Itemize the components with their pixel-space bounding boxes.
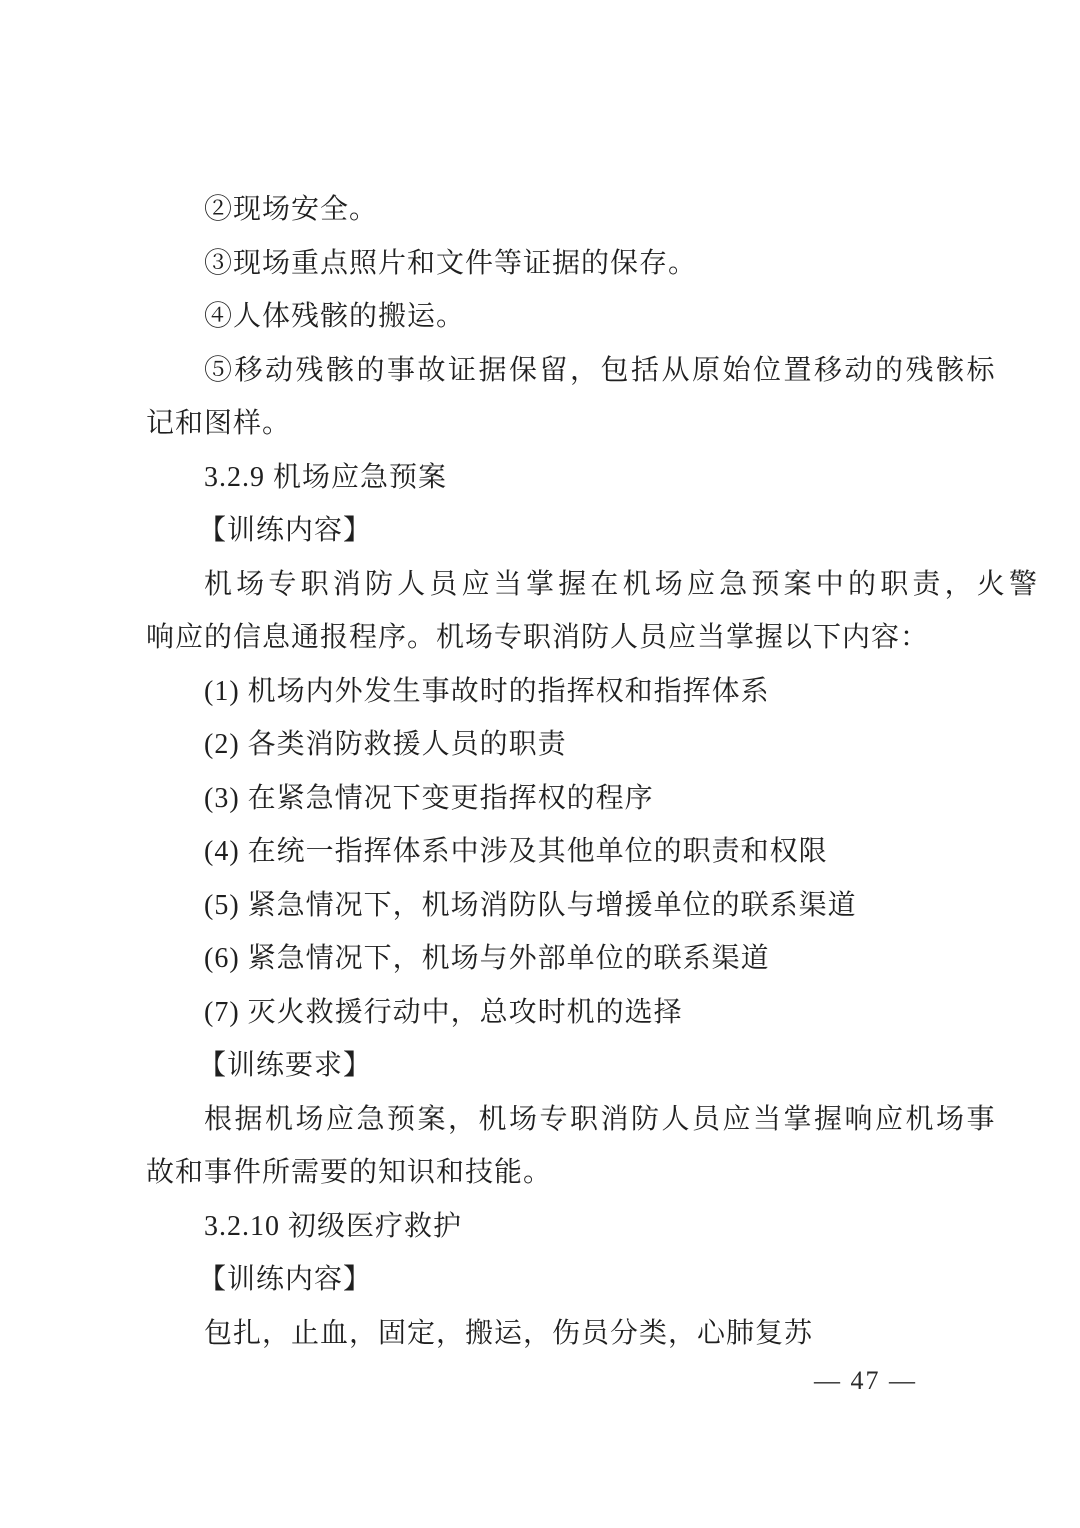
list-item-3: (3) 在紧急情况下变更指挥权的程序 (146, 772, 1051, 826)
training-requirement-label: 【训练要求】 (140, 1039, 1051, 1093)
training-content-label-1: 【训练内容】 (140, 504, 1051, 558)
list-item-circled-4: ④人体残骸的搬运。 (146, 290, 1051, 344)
list-item-circled-5-line-2: 记和图样。 (146, 397, 1051, 451)
list-item-circled-3: ③现场重点照片和文件等证据的保存。 (146, 237, 1051, 291)
paragraph-duties-line-2: 响应的信息通报程序。机场专职消防人员应当掌握以下内容： (146, 611, 1051, 665)
list-item-4: (4) 在统一指挥体系中涉及其他单位的职责和权限 (146, 825, 1051, 879)
list-item-6: (6) 紧急情况下，机场与外部单位的联系渠道 (146, 932, 1051, 986)
training-content-label-2: 【训练内容】 (140, 1253, 1051, 1307)
list-item-1: (1) 机场内外发生事故时的指挥权和指挥体系 (146, 665, 1051, 719)
list-item-circled-2: ②现场安全。 (146, 183, 1051, 237)
paragraph-first-aid: 包扎，止血，固定，搬运，伤员分类，心肺复苏 (146, 1307, 1051, 1361)
paragraph-requirement-line-2: 故和事件所需要的知识和技能。 (146, 1146, 1051, 1200)
list-item-circled-5-line-1: ⑤移动残骸的事故证据保留，包括从原始位置移动的残骸标 (146, 344, 1051, 398)
document-body: ②现场安全。 ③现场重点照片和文件等证据的保存。 ④人体残骸的搬运。 ⑤移动残骸… (146, 183, 1051, 1360)
list-item-5: (5) 紧急情况下，机场消防队与增援单位的联系渠道 (146, 879, 1051, 933)
page-number: — 47 — (814, 1366, 917, 1396)
list-item-7: (7) 灭火救援行动中，总攻时机的选择 (146, 986, 1051, 1040)
section-heading-3-2-9: 3.2.9 机场应急预案 (146, 451, 1051, 505)
paragraph-requirement-line-1: 根据机场应急预案，机场专职消防人员应当掌握响应机场事 (146, 1093, 1051, 1147)
section-heading-3-2-10: 3.2.10 初级医疗救护 (146, 1200, 1051, 1254)
paragraph-duties-line-1: 机场专职消防人员应当掌握在机场应急预案中的职责，火警 (146, 558, 1051, 612)
list-item-2: (2) 各类消防救援人员的职责 (146, 718, 1051, 772)
